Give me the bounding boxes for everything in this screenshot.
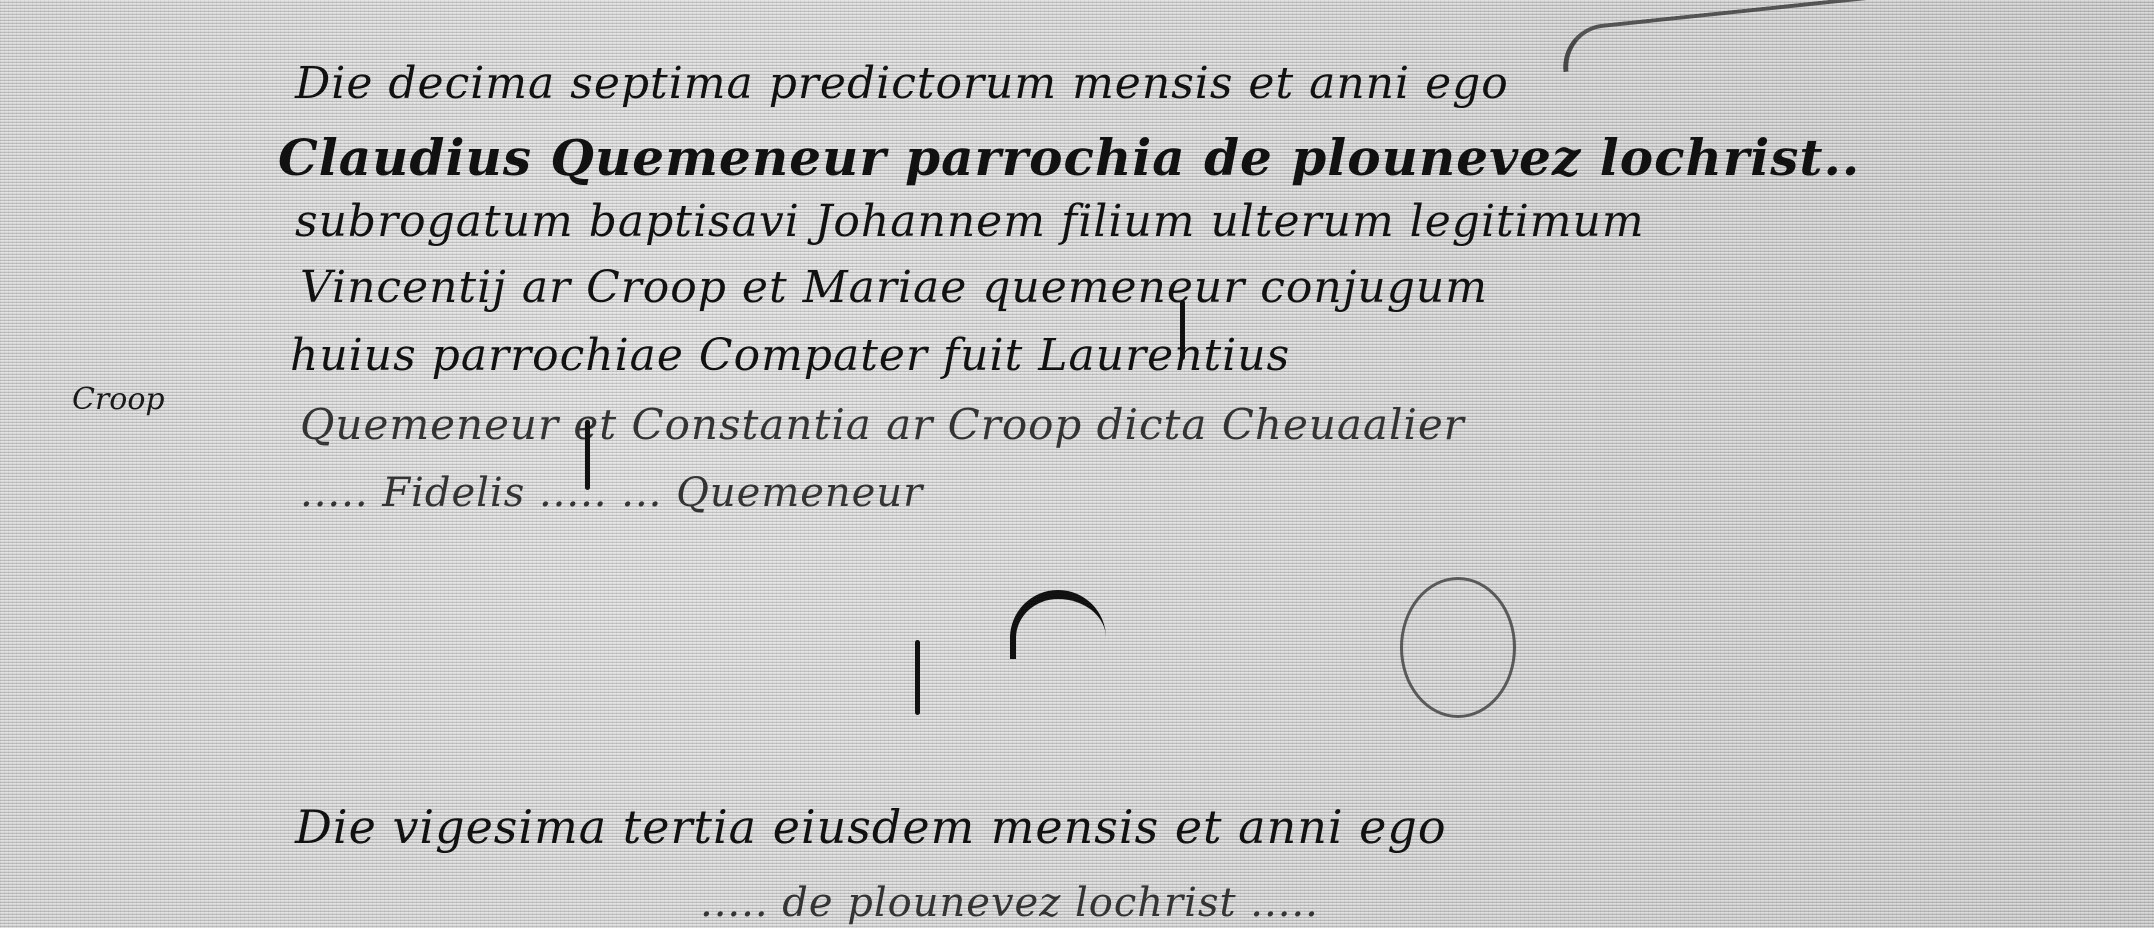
entry-1-line-6: Quemeneur et Constantia ar Croop dicta C… <box>300 400 1465 449</box>
entry-2-line-2: ..... de plounevez lochrist ..... <box>700 880 1319 926</box>
signature-circle <box>1400 577 1516 718</box>
entry-1-line-7: ..... Fidelis ..... ... Quemeneur <box>300 470 923 516</box>
margin-note: Croop <box>72 382 165 417</box>
entry-1-line-2: Claudius Quemeneur parrochia de plouneve… <box>278 128 1860 187</box>
descender-stroke <box>915 640 920 715</box>
descender-stroke <box>1180 300 1185 360</box>
flourish-stroke <box>1559 0 1986 72</box>
entry-1-line-1: Die decima septima predictorum mensis et… <box>295 58 1509 109</box>
entry-1-line-4: Vincentij ar Croop et Mariae quemeneur c… <box>300 262 1488 313</box>
entry-2-line-1: Die vigesima tertia eiusdem mensis et an… <box>295 800 1447 854</box>
entry-1-line-5: huius parrochiae Compater fuit Laurentiu… <box>290 330 1290 381</box>
signature-flourish <box>1010 590 1106 659</box>
register-page: Croop Die decima septima predictorum men… <box>0 0 2154 928</box>
descender-stroke <box>585 420 590 490</box>
entry-1-line-3: subrogatum baptisavi Johannem filium ult… <box>295 196 1645 247</box>
